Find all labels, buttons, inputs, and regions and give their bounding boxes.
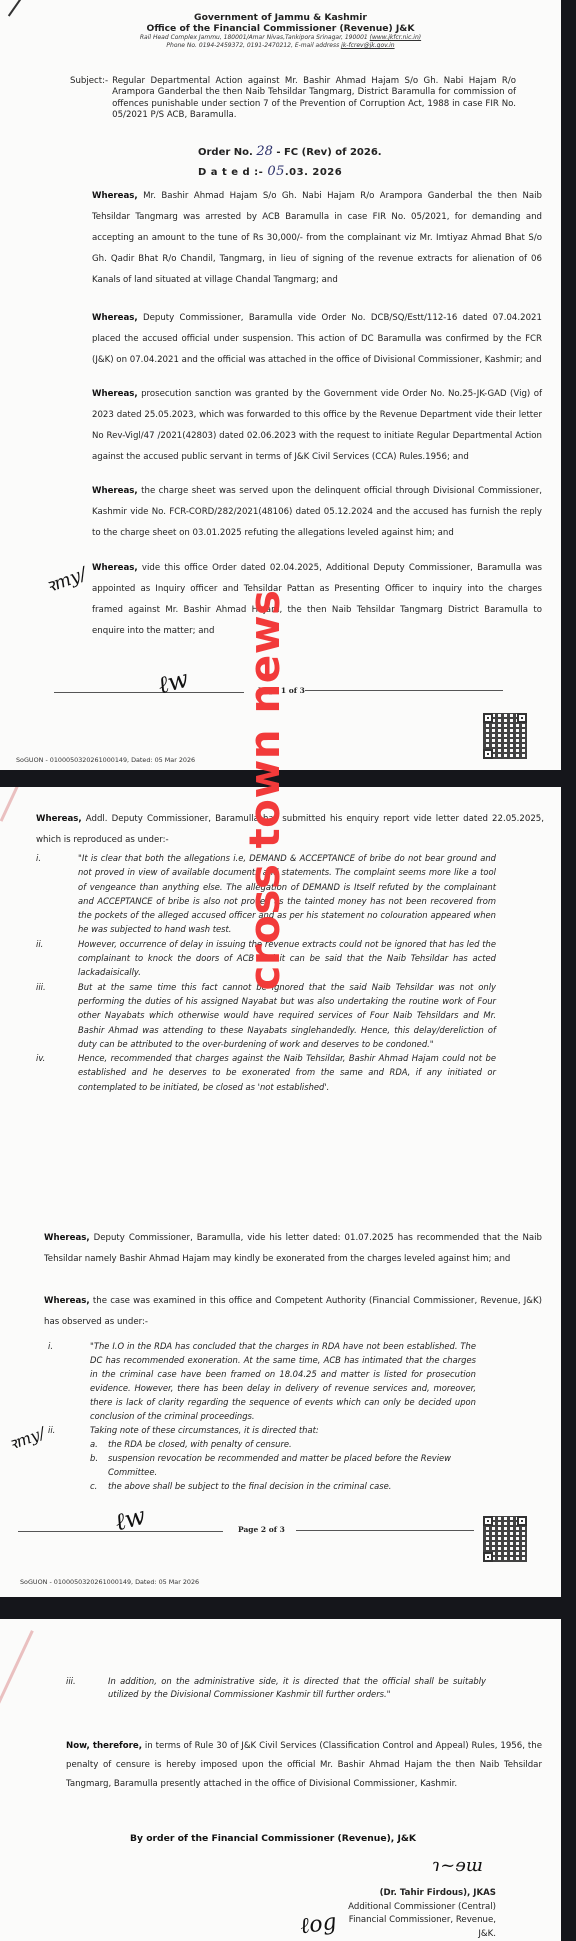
margin-signature: ꝛmy/ <box>42 562 90 599</box>
letterhead-office: Office of the Financial Commissioner (Re… <box>0 23 561 34</box>
initials-signature: ℓw <box>155 665 192 701</box>
paragraph-prosecution-sanction: Whereas, prosecution sanction was grante… <box>92 384 542 468</box>
item-number: i. <box>36 851 78 937</box>
subject-label: Subject:- <box>70 76 112 121</box>
paragraph-lead: Whereas, <box>92 191 138 201</box>
paragraph-dc-recommendation: Whereas, Deputy Commissioner, Baramulla,… <box>44 1228 542 1270</box>
item-number: iii. <box>36 980 78 1051</box>
signatory-name: (Dr. Tahir Firdous), JKAS <box>348 1887 496 1901</box>
paragraph-suspension: Whereas, Deputy Commissioner, Baramulla … <box>92 308 542 371</box>
officer-signature: ɿ~ɘɯ <box>432 1855 483 1876</box>
viewer-edge <box>561 0 576 1941</box>
order-label: Order No. <box>198 147 253 158</box>
qr-code <box>483 713 527 759</box>
order-number-handwritten: 28 <box>256 144 273 159</box>
paragraph-lead: Whereas, <box>92 563 138 573</box>
footer-rule-right <box>296 1530 474 1531</box>
item-text: "The I.O in the RDA has concluded that t… <box>90 1339 476 1423</box>
item-text: the RDA be closed, with penalty of censu… <box>108 1437 292 1451</box>
observations-list: i."The I.O in the RDA has concluded that… <box>48 1339 476 1493</box>
paragraph-text: vide this office Order dated 02.04.2025,… <box>92 563 542 636</box>
order-date: D a t e d :- 05.03. 2026 <box>198 164 342 179</box>
item-letter: b. <box>90 1451 108 1479</box>
initials-signature: ℓw <box>112 1502 149 1538</box>
soguon-reference: SoGUON - 0100050320261000149, Dated: 05 … <box>20 1578 199 1586</box>
by-order-line: By order of the Financial Commissioner (… <box>130 1833 416 1844</box>
dated-label: D a t e d :- <box>198 167 263 178</box>
letterhead-government: Government of Jammu & Kashmir <box>0 12 561 23</box>
paragraph-text: Mr. Bashir Ahmad Hajam S/o Gh. Nabi Haja… <box>92 191 542 285</box>
paragraph-lead: Now, therefore, <box>66 1741 142 1751</box>
observation-item: ii.Taking note of these circumstances, i… <box>48 1423 476 1437</box>
paragraph-text: prosecution sanction was granted by the … <box>92 389 542 462</box>
direction-item: c.the above shall be subject to the fina… <box>90 1479 476 1493</box>
pen-mark <box>0 1630 34 1704</box>
address-text: Rail Head Complex Jammu, 180001/Amar Niv… <box>140 34 368 41</box>
paragraph-text: Deputy Commissioner, Baramulla, vide his… <box>44 1233 542 1264</box>
phone-text: Phone No. 0194-2459372, 0191-2470212, E-… <box>166 42 339 49</box>
item-text: suspension revocation be recommended and… <box>108 1451 476 1479</box>
subject-block: Subject:- Regular Departmental Action ag… <box>70 76 516 121</box>
order-suffix: - FC (Rev) of 2026. <box>276 147 381 158</box>
dated-day-handwritten: 05 <box>267 164 285 179</box>
item-number: iv. <box>36 1051 78 1094</box>
direction-item: a.the RDA be closed, with penalty of cen… <box>90 1437 476 1451</box>
paragraph-lead: Whereas, <box>44 1296 90 1306</box>
dated-rest: .03. 2026 <box>285 167 342 178</box>
item-number: ii. <box>36 937 78 980</box>
letterhead-contact: Phone No. 0194-2459372, 0191-2470212, E-… <box>0 42 561 50</box>
paragraph-lead: Whereas, <box>36 814 82 824</box>
item-text: In addition, on the administrative side,… <box>108 1675 486 1700</box>
paragraph-text: Addl. Deputy Commissioner, Baramulla has… <box>36 814 544 845</box>
directions-list: a.the RDA be closed, with penalty of cen… <box>48 1437 476 1493</box>
paragraph-lead: Whereas, <box>44 1233 90 1243</box>
email-link[interactable]: jk-fcrev@jk.gov.in <box>341 42 394 49</box>
report-item: iv.Hence, recommended that charges again… <box>36 1051 496 1094</box>
website-link[interactable]: (www.jkfcr.nic.in) <box>370 34 421 41</box>
paragraph-now-therefore: Now, therefore, in terms of Rule 30 of J… <box>66 1737 542 1794</box>
item-number: ii. <box>48 1423 90 1437</box>
watermark-text: cross town news <box>244 589 286 990</box>
item-letter: a. <box>90 1437 108 1451</box>
paragraph-text: Deputy Commissioner, Baramulla vide Orde… <box>92 313 542 365</box>
direction-item: b.suspension revocation be recommended a… <box>90 1451 476 1479</box>
item-number: iii. <box>66 1675 108 1700</box>
signatory-block: (Dr. Tahir Firdous), JKAS Additional Com… <box>348 1887 496 1941</box>
observation-item: iii.In addition, on the administrative s… <box>66 1675 486 1700</box>
paragraph-arrest: Whereas, Mr. Bashir Ahmad Hajam S/o Gh. … <box>92 186 542 291</box>
page-number: Page 2 of 3 <box>238 1525 285 1534</box>
signatory-department: Financial Commissioner, Revenue, <box>348 1914 496 1928</box>
signatory-title: Additional Commissioner (Central) <box>348 1901 496 1915</box>
item-text: Taking note of these circumstances, it i… <box>90 1423 476 1437</box>
letterhead: Government of Jammu & Kashmir Office of … <box>0 12 561 50</box>
order-number: Order No. 28 - FC (Rev) of 2026. <box>198 144 382 159</box>
document-page-3: iii.In addition, on the administrative s… <box>0 1619 561 1941</box>
paragraph-lead: Whereas, <box>92 389 138 399</box>
paragraph-enquiry-report: Whereas, Addl. Deputy Commissioner, Bara… <box>36 809 544 851</box>
qr-code <box>483 1516 527 1562</box>
paragraph-text: the charge sheet was served upon the del… <box>92 486 542 538</box>
subject-text: Regular Departmental Action against Mr. … <box>112 76 516 121</box>
pen-mark <box>0 787 19 822</box>
letterhead-address: Rail Head Complex Jammu, 180001/Amar Niv… <box>0 34 561 42</box>
dated-initials: ℓog <box>298 1909 338 1940</box>
paragraph-text: the case was examined in this office and… <box>44 1296 542 1327</box>
paragraph-charge-sheet: Whereas, the charge sheet was served upo… <box>92 481 542 544</box>
observation-item-iii: iii.In addition, on the administrative s… <box>66 1675 486 1700</box>
footer-rule-right <box>305 690 503 691</box>
soguon-reference: SoGUON - 0100050320261000149, Dated: 05 … <box>16 756 195 764</box>
item-letter: c. <box>90 1479 108 1493</box>
paragraph-inquiry-officer: Whereas, vide this office Order dated 02… <box>92 558 542 642</box>
margin-signature: ꝛmy/ <box>5 1421 47 1454</box>
item-number: i. <box>48 1339 90 1423</box>
paragraph-lead: Whereas, <box>92 313 138 323</box>
item-text: the above shall be subject to the final … <box>108 1479 391 1493</box>
item-text: Hence, recommended that charges against … <box>78 1051 496 1094</box>
paragraph-case-examined: Whereas, the case was examined in this o… <box>44 1291 542 1333</box>
observation-item: i."The I.O in the RDA has concluded that… <box>48 1339 476 1423</box>
paragraph-lead: Whereas, <box>92 486 138 496</box>
footer-rule-left <box>54 692 244 693</box>
signatory-region: J&K. <box>348 1928 496 1941</box>
